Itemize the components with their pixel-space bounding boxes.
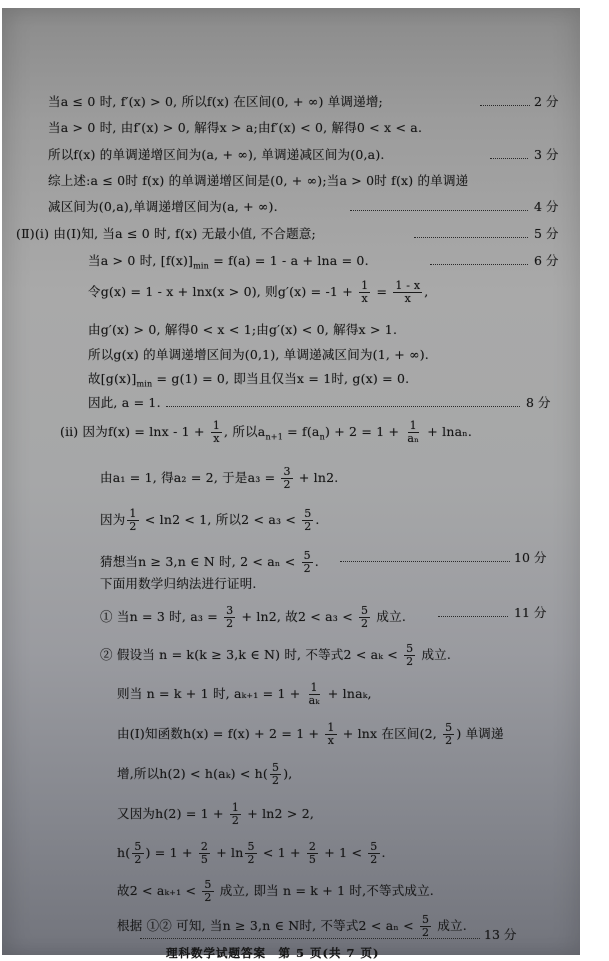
answer-line: 则当 n = k + 1 时, aₖ₊₁ = 1 + 1aₖ + lnaₖ, [117, 682, 372, 707]
answer-line: 故2 < aₖ₊₁ < 52 成立, 即当 n = k + 1 时,不等式成立. [117, 879, 434, 904]
answer-text: + ln2. [295, 470, 339, 485]
score-mark: 3 分 [534, 147, 558, 163]
answer-text: 令g(x) = 1 - x + lnx(x > 0), 则g′(x) = -1 … [88, 284, 357, 299]
score-mark: 5 分 [534, 226, 558, 242]
answer-line: 根据 ①② 可知, 当n ≥ 3,n ∈ N时, 不等式2 < aₙ < 52 … [117, 914, 467, 939]
answer-text: 成立. [417, 647, 451, 662]
answer-line: 因此, a = 1. [88, 395, 161, 411]
answer-text: ② 假设当 n = k(k ≥ 3,k ∈ N) 时, 不等式2 < aₖ < [100, 647, 402, 662]
answer-text: 由(Ⅰ)知函数h(x) = f(x) + 2 = 1 + [117, 726, 323, 741]
answer-text: ) 单调递 [456, 726, 503, 741]
fraction: 1x [325, 722, 336, 747]
answer-line: 由g′(x) > 0, 解得0 < x < 1;由g′(x) < 0, 解得x … [88, 322, 397, 338]
answer-text: . [382, 845, 386, 860]
answer-line: h(52) = 1 + 25 + ln52 < 1 + 25 + 1 < 52. [117, 841, 386, 866]
score-mark: 6 分 [534, 253, 558, 269]
answer-text: 故2 < aₖ₊₁ < [117, 883, 200, 898]
fraction: 32 [281, 466, 292, 491]
fraction: 52 [443, 722, 454, 747]
answer-text: ) + 2 = 1 + [325, 424, 403, 439]
answer-line: 所以f(x) 的单调递增区间为(a, + ∞), 单调递减区间为(0,a). [48, 147, 385, 163]
answer-line: 当a ≤ 0 时, f′(x) > 0, 所以f(x) 在区间(0, + ∞) … [48, 94, 383, 110]
dotted-leader [438, 616, 508, 617]
answer-text: < 1 + [259, 845, 305, 860]
fraction: 12 [127, 508, 138, 533]
answer-line: ① 当n = 3 时, a₃ = 32 + ln2, 故2 < a₃ < 52 … [100, 605, 406, 630]
fraction: 1x [359, 280, 370, 305]
score-mark: 8 分 [526, 395, 550, 411]
dotted-leader [350, 210, 528, 211]
fraction: 52 [420, 914, 431, 939]
answer-text: 又因为h(2) = 1 + [117, 806, 228, 821]
answer-text: 成立. [372, 609, 406, 624]
fraction: 25 [199, 841, 210, 866]
fraction: 1aₖ [307, 682, 322, 707]
answer-line: 当a > 0 时, [f(x)]min = f(a) = 1 - a + lna… [88, 253, 369, 275]
fraction: 52 [245, 841, 256, 866]
answer-text: 根据 ①② 可知, 当n ≥ 3,n ∈ N时, 不等式2 < aₙ < [117, 918, 418, 933]
answer-line: 当a > 0 时, 由f′(x) > 0, 解得x > a;由f′(x) < 0… [48, 120, 422, 136]
score-mark: 13 分 [484, 927, 516, 943]
answer-line: 因为12 < ln2 < 1, 所以2 < a₃ < 52. [100, 508, 320, 533]
answer-text: < ln2 < 1, 所以2 < a₃ < [141, 512, 301, 527]
fraction: 1aₙ [405, 420, 421, 445]
answer-line: 减区间为(0,a),单调递增区间为(a, + ∞). [48, 199, 278, 215]
fraction: 52 [302, 508, 313, 533]
answer-text: = g(1) = 0, 即当且仅当x = 1时, g(x) = 0. [152, 371, 409, 386]
answer-text: , [424, 284, 428, 299]
exam-answer-page-photo: 当a ≤ 0 时, f′(x) > 0, 所以f(x) 在区间(0, + ∞) … [2, 8, 580, 955]
fraction: 52 [270, 762, 281, 787]
answer-text: + ln [212, 845, 243, 860]
answer-text: ), [283, 766, 292, 781]
answer-text: 成立, 即当 n = k + 1 时,不等式成立. [216, 883, 434, 898]
fraction: 52 [302, 550, 313, 575]
subscript: min [193, 262, 209, 271]
answer-text: . [315, 512, 319, 527]
score-mark: 4 分 [534, 199, 558, 215]
score-mark: 10 分 [514, 550, 546, 566]
score-mark: 11 分 [514, 605, 546, 621]
answer-text: 由a₁ = 1, 得a₂ = 2, 于是a₃ = [100, 470, 279, 485]
fraction: 1 - xx [393, 280, 422, 305]
answer-line: 综上述:a ≤ 0时 f(x) 的单调递增区间是(0, + ∞);当a > 0时… [48, 173, 468, 189]
answer-line: 下面用数学归纳法进行证明. [100, 576, 257, 592]
dotted-leader [490, 158, 528, 159]
answer-line: ② 假设当 n = k(k ≥ 3,k ∈ N) 时, 不等式2 < aₖ < … [100, 643, 451, 668]
answer-text: + lnx 在区间(2, [339, 726, 442, 741]
fraction: 12 [230, 802, 241, 827]
subscript: min [136, 380, 152, 389]
answer-text: = f(a [283, 424, 320, 439]
answer-text: 因为 [100, 512, 125, 527]
answer-line: (ⅱ) 因为f(x) = lnx - 1 + 1x, 所以an+1 = f(an… [60, 420, 472, 446]
answer-line: 令g(x) = 1 - x + lnx(x > 0), 则g′(x) = -1 … [88, 280, 428, 305]
answer-text: + 1 < [320, 845, 366, 860]
answer-text: h( [117, 845, 130, 860]
dotted-leader [140, 938, 480, 939]
dotted-leader [430, 264, 528, 265]
answer-text: 则当 n = k + 1 时, aₖ₊₁ = 1 + [117, 686, 305, 701]
answer-text: . [315, 554, 319, 569]
answer-text: + ln2, 故2 < a₃ < [237, 609, 357, 624]
answer-text: ① 当n = 3 时, a₃ = [100, 609, 222, 624]
answer-text: + lnaₖ, [324, 686, 372, 701]
answer-text: = f(a) = 1 - a + lna = 0. [209, 253, 369, 268]
part-label: (Ⅱ)(ⅰ) [16, 226, 49, 241]
answer-text: 当a > 0 时, [f(x)] [88, 253, 193, 268]
fraction: 52 [202, 879, 213, 904]
fraction: 1x [211, 420, 222, 445]
answer-text: = [372, 284, 391, 299]
answer-text: + ln2 > 2, [243, 806, 314, 821]
dotted-leader [414, 237, 528, 238]
answer-text: 成立. [433, 918, 467, 933]
score-mark: 2 分 [534, 94, 558, 110]
answer-text: 故[g(x)] [88, 371, 136, 386]
answer-text: , 所以a [224, 424, 265, 439]
fraction: 52 [359, 605, 370, 630]
dotted-leader [166, 406, 520, 407]
answer-line: 由a₁ = 1, 得a₂ = 2, 于是a₃ = 32 + ln2. [100, 466, 338, 491]
subscript: n+1 [265, 433, 283, 442]
answer-text: 增,所以h(2) < h(aₖ) < h( [117, 766, 268, 781]
answer-line: 由(Ⅰ)知函数h(x) = f(x) + 2 = 1 + 1x + lnx 在区… [117, 722, 504, 747]
answer-line: 增,所以h(2) < h(aₖ) < h(52), [117, 762, 292, 787]
fraction: 32 [224, 605, 235, 630]
answer-line: 故[g(x)]min = g(1) = 0, 即当且仅当x = 1时, g(x)… [88, 371, 409, 393]
answer-line: 猜想当n ≥ 3,n ∈ N 时, 2 < aₙ < 52. [100, 550, 319, 575]
fraction: 25 [307, 841, 318, 866]
answer-text: + lnaₙ. [423, 424, 472, 439]
dotted-leader [340, 561, 510, 562]
fraction: 52 [368, 841, 379, 866]
answer-line: 又因为h(2) = 1 + 12 + ln2 > 2, [117, 802, 314, 827]
part-label: (ⅱ) [60, 424, 78, 439]
fraction: 52 [404, 643, 415, 668]
answer-text: 因为f(x) = lnx - 1 + [83, 424, 209, 439]
dotted-leader [480, 105, 530, 106]
answer-line: (Ⅱ)(ⅰ) 由(Ⅰ)知, 当a ≤ 0 时, f(x) 无最小值, 不合题意; [16, 226, 316, 242]
answer-text: 由(Ⅰ)知, 当a ≤ 0 时, f(x) 无最小值, 不合题意; [53, 226, 316, 241]
fraction: 52 [132, 841, 143, 866]
page-footer: 理科数学试题答案 第 5 页(共 7 页) [166, 945, 379, 961]
answer-text: ) = 1 + [146, 845, 197, 860]
answer-text: 猜想当n ≥ 3,n ∈ N 时, 2 < aₙ < [100, 554, 300, 569]
answer-line: 所以g(x) 的单调递增区间为(0,1), 单调递减区间为(1, + ∞). [88, 347, 429, 363]
